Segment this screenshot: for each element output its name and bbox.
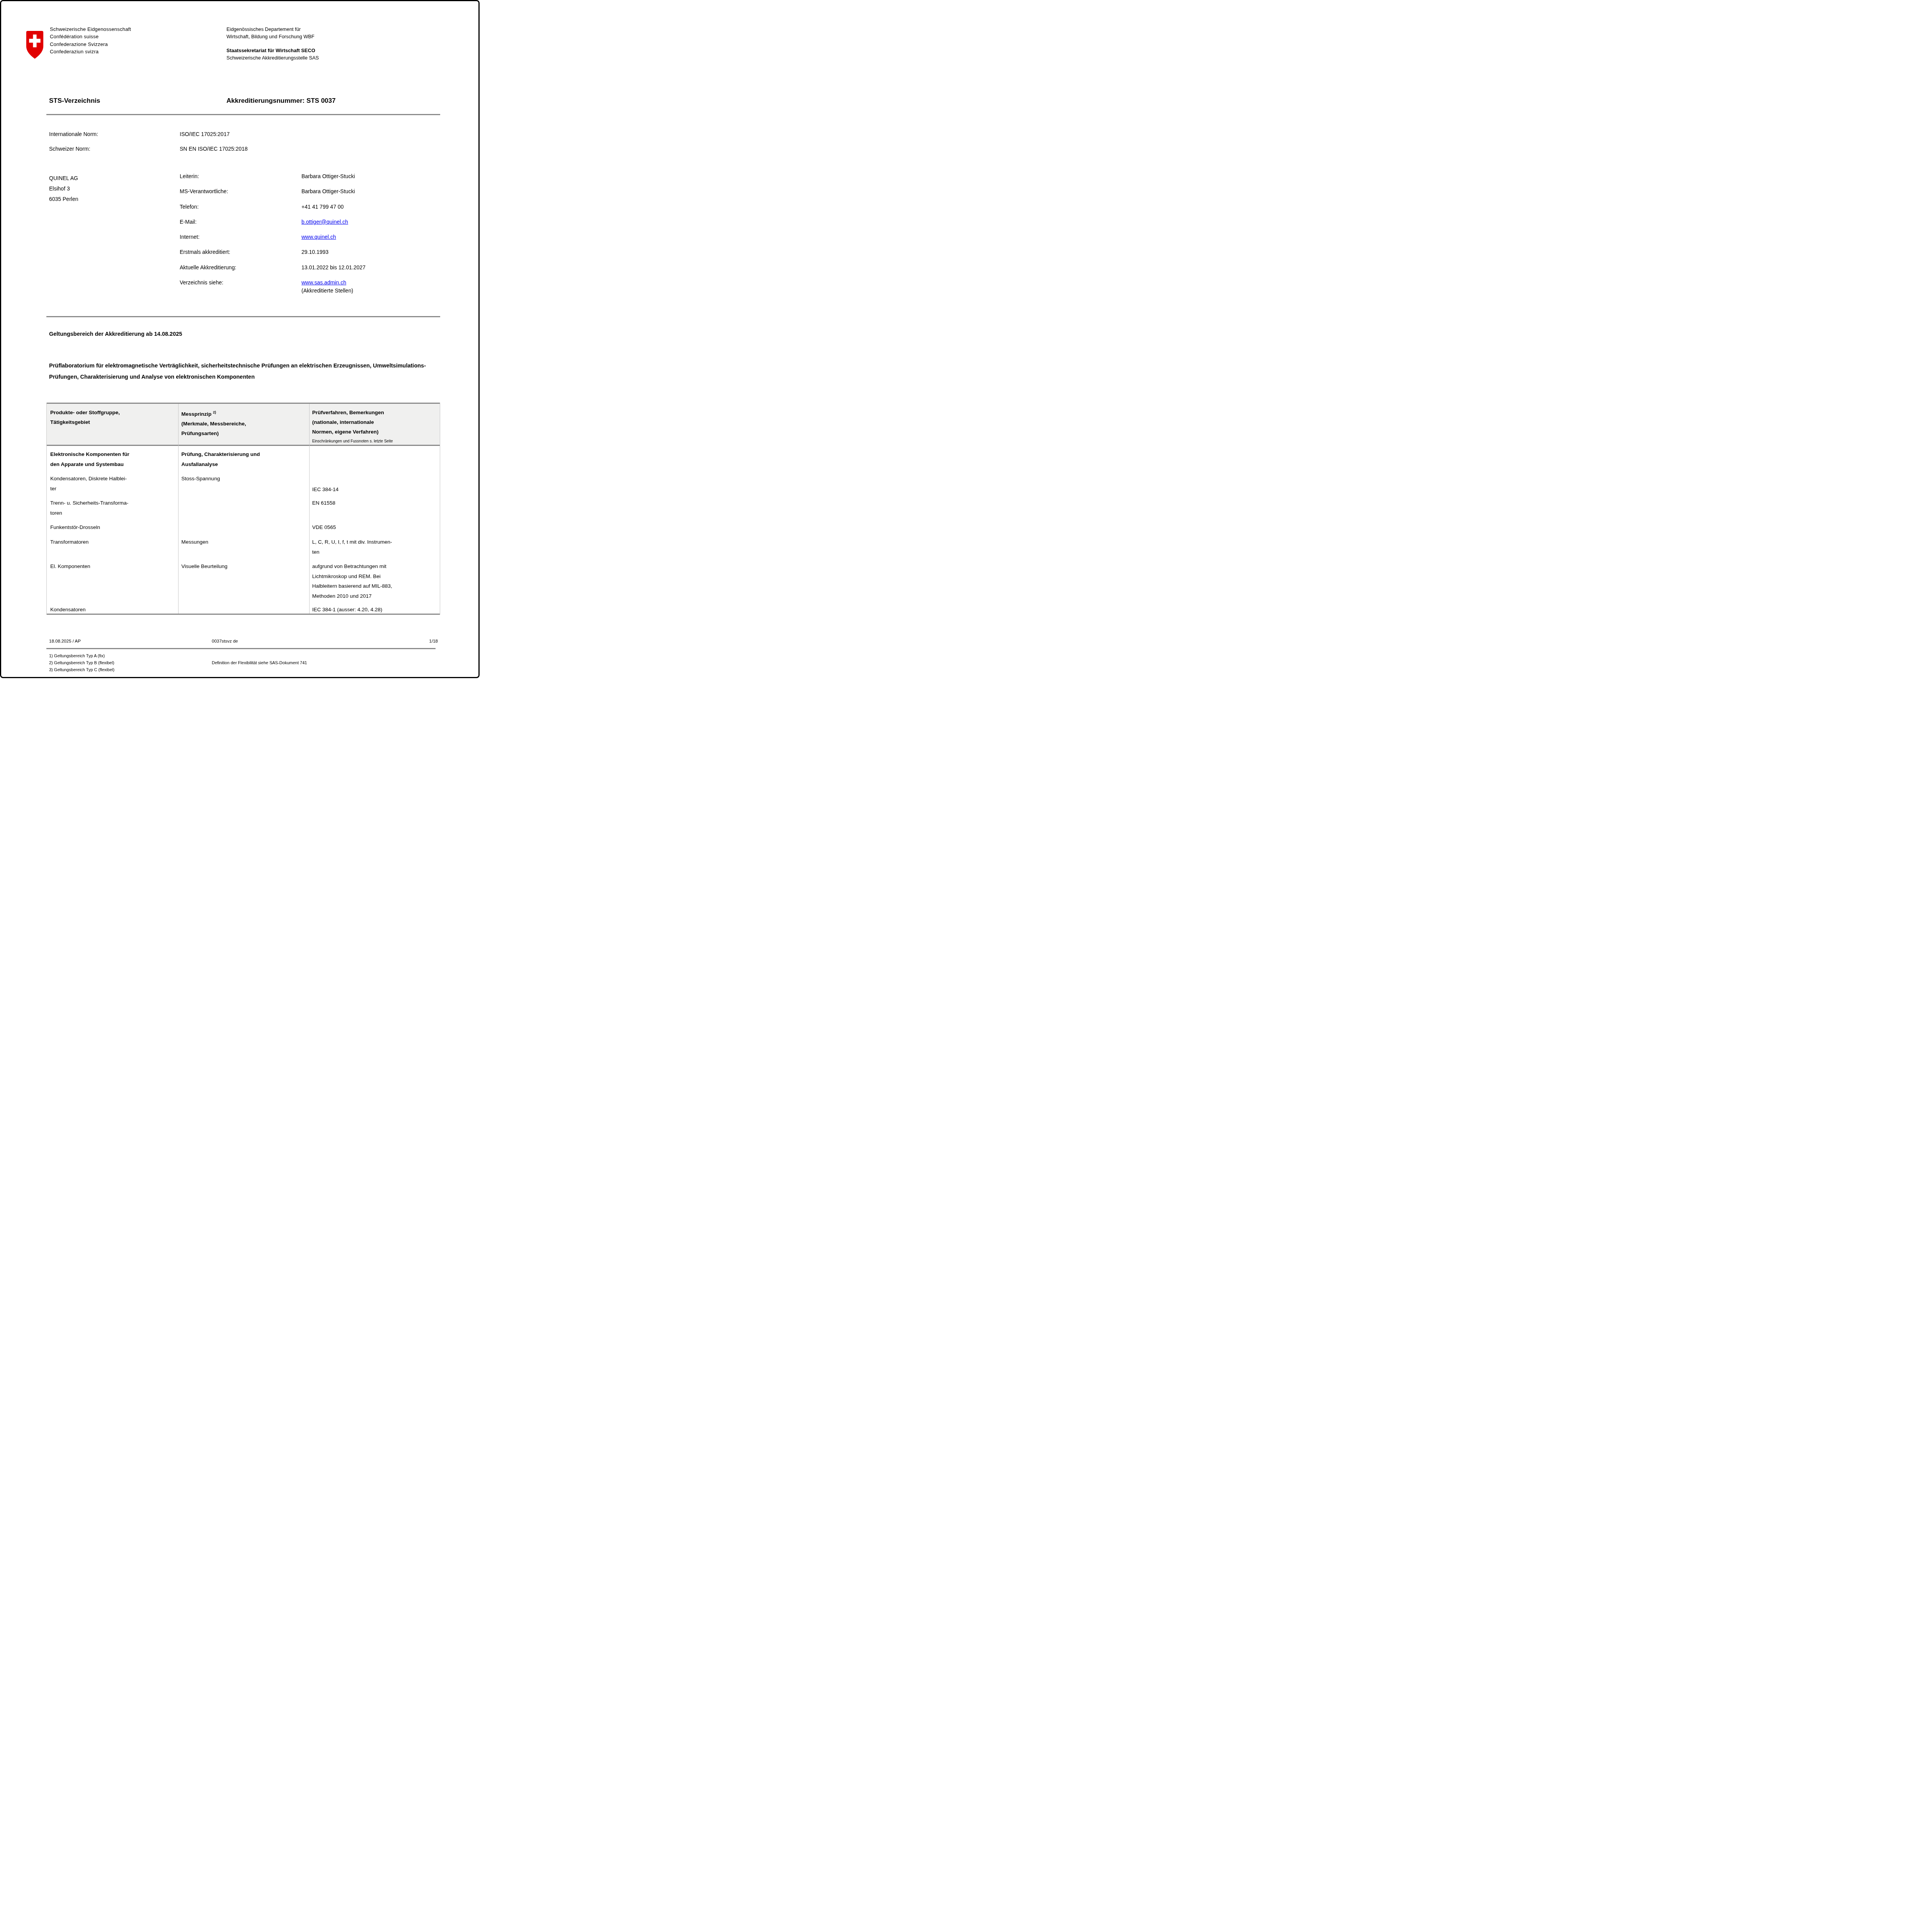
- contact-label: Internet:: [180, 234, 301, 240]
- contact-value: Barbara Ottiger-Stucki: [301, 188, 355, 194]
- table-cell-c2: Prüfung, Charakterisierung und Ausfallan…: [178, 449, 308, 474]
- footer-date-author: 18.08.2025 / AP: [49, 639, 81, 644]
- footer-document-id: 0037stsvz de: [212, 639, 238, 644]
- norms-list: Internationale Norm:ISO/IEC 17025:2017Sc…: [49, 131, 248, 160]
- table-column-divider: [178, 404, 179, 614]
- contact-row: Telefon:+41 41 799 47 00: [180, 204, 366, 219]
- contact-value-text: Barbara Ottiger-Stucki: [301, 173, 355, 179]
- accreditation-number: Akkreditierungsnummer: STS 0037: [226, 97, 335, 105]
- table-row: Elektronische Komponenten für den Appara…: [47, 449, 440, 474]
- table-header-row: Produkte- oder Stoffgruppe, Tätigkeitsge…: [47, 404, 440, 445]
- contact-value: www.quinel.ch: [301, 234, 336, 240]
- table-cell-c2: [178, 498, 308, 522]
- table-header-measurement: Messprinzip 2) (Merkmale, Messbereiche, …: [178, 404, 308, 445]
- contact-row: MS-Verantwortliche:Barbara Ottiger-Stuck…: [180, 188, 366, 203]
- table-header-text: Prüfverfahren, Bemerkungen (nationale, i…: [312, 408, 437, 437]
- table-header-text: Produkte- oder Stoffgruppe, Tätigkeitsge…: [50, 408, 175, 427]
- logo-wordmark-line: Confédération suisse: [50, 33, 131, 40]
- logo-wordmark-line: Schweizerische Eidgenossenschaft: [50, 26, 131, 33]
- accreditation-table: Produkte- oder Stoffgruppe, Tätigkeitsge…: [46, 403, 440, 615]
- swiss-confederation-logo-icon: [26, 31, 44, 59]
- contact-label: Verzeichnis siehe:: [180, 279, 301, 286]
- table-cell-c3: IEC 384-14: [309, 474, 440, 498]
- divider: [46, 316, 440, 317]
- table-cell-c3: [309, 449, 440, 474]
- table-column-divider: [309, 404, 310, 614]
- norm-value: SN EN ISO/IEC 17025:2018: [180, 146, 248, 152]
- contact-row: E-Mail:b.ottiger@quinel.ch: [180, 219, 366, 234]
- table-cell-c1: Kondensatoren, Diskrete Halblei- ter: [47, 474, 178, 498]
- table-cell-c2: Messungen: [178, 537, 308, 561]
- table-cell-c2: [178, 522, 308, 537]
- table-row: Kondensatoren, Diskrete Halblei- terStos…: [47, 474, 440, 498]
- divider: [46, 114, 440, 115]
- table-cell-c1: Transformatoren: [47, 537, 178, 561]
- contact-row: Verzeichnis siehe:www.sas.admin.ch(Akkre…: [180, 279, 366, 294]
- contact-row: Erstmals akkreditiert:29.10.1993: [180, 249, 366, 264]
- footer-divider: [46, 648, 436, 649]
- norm-row: Schweizer Norm:SN EN ISO/IEC 17025:2018: [49, 146, 248, 160]
- scope-paragraph: Prüflaboratorium für elektromagnetische …: [49, 361, 440, 383]
- contact-label: Erstmals akkreditiert:: [180, 249, 301, 255]
- contact-label: Aktuelle Akkreditierung:: [180, 264, 301, 270]
- contact-value: b.ottiger@quinel.ch: [301, 219, 348, 225]
- contact-label: MS-Verantwortliche:: [180, 188, 301, 194]
- table-border-bottom: [47, 614, 440, 615]
- table-row: TransformatorenMessungenL, C, R, U, I, f…: [47, 537, 440, 561]
- logo-wordmark-line: Confederaziun svizra: [50, 48, 131, 55]
- table-header-subtext: (Merkmale, Messbereiche, Prüfungsarten): [181, 419, 305, 438]
- table-row: Trenn- u. Sicherheits-Transforma- torenE…: [47, 498, 440, 522]
- footnote-ref: 2): [213, 410, 216, 414]
- table-cell-c1: Elektronische Komponenten für den Appara…: [47, 449, 178, 474]
- norm-label: Schweizer Norm:: [49, 146, 180, 152]
- scope-heading: Geltungsbereich der Akkreditierung ab 14…: [49, 331, 182, 337]
- contact-row: Leiterin:Barbara Ottiger-Stucki: [180, 173, 366, 188]
- footnote-type-b: 2) Geltungsbereich Typ B (flexibel): [49, 661, 114, 665]
- logo-wordmark: Schweizerische Eidgenossenschaft Confédé…: [50, 26, 131, 55]
- contact-value-suffix: (Akkreditierte Stellen): [301, 287, 353, 294]
- contact-label: E-Mail:: [180, 219, 301, 225]
- contact-value: +41 41 799 47 00: [301, 204, 344, 210]
- contact-link[interactable]: www.sas.admin.ch: [301, 279, 346, 286]
- footer-page-number: 1/18: [429, 639, 438, 644]
- table-row: El. KomponentenVisuelle Beurteilungaufgr…: [47, 561, 440, 605]
- contact-value: www.sas.admin.ch(Akkreditierte Stellen): [301, 279, 353, 294]
- department-line: Wirtschaft, Bildung und Forschung WBF: [226, 33, 319, 40]
- footnote-type-c: 3) Geltungsbereich Typ C (flexibel): [49, 668, 114, 672]
- contact-value-text: 29.10.1993: [301, 249, 328, 255]
- sas-line: Schweizerische Akkreditierungsstelle SAS: [226, 54, 319, 61]
- table-header-note: Einschränkungen und Fussnoten s. letzte …: [312, 439, 437, 444]
- contact-value-text: +41 41 799 47 00: [301, 204, 344, 210]
- table-header-products: Produkte- oder Stoffgruppe, Tätigkeitsge…: [47, 404, 178, 445]
- address-block: QUINEL AG Elsihof 3 6035 Perlen: [49, 173, 78, 204]
- table-cell-c2: Visuelle Beurteilung: [178, 561, 308, 605]
- norm-label: Internationale Norm:: [49, 131, 180, 137]
- contact-link[interactable]: b.ottiger@quinel.ch: [301, 219, 348, 225]
- department-block: Eidgenössisches Departement für Wirtscha…: [226, 26, 319, 61]
- contact-value: 29.10.1993: [301, 249, 328, 255]
- table-cell-c1: Funkentstör-Drosseln: [47, 522, 178, 537]
- contact-row: Internet:www.quinel.ch: [180, 234, 366, 249]
- contact-block: Leiterin:Barbara Ottiger-StuckiMS-Verant…: [180, 173, 366, 294]
- table-cell-c3: aufgrund von Betrachtungen mit Lichtmikr…: [309, 561, 440, 605]
- contact-label: Telefon:: [180, 204, 301, 210]
- table-cell-c1: El. Komponenten: [47, 561, 178, 605]
- table-header-methods: Prüfverfahren, Bemerkungen (nationale, i…: [309, 404, 440, 445]
- flexibility-definition-note: Definition der Flexibilität siehe SAS-Do…: [212, 661, 307, 665]
- table-cell-c3: L, C, R, U, I, f, t mit div. Instrumen- …: [309, 537, 440, 561]
- table-cell-c1: Trenn- u. Sicherheits-Transforma- toren: [47, 498, 178, 522]
- table-body: Elektronische Komponenten für den Appara…: [47, 446, 440, 616]
- contact-link[interactable]: www.quinel.ch: [301, 234, 336, 240]
- table-row: Funkentstör-DrosselnVDE 0565: [47, 522, 440, 537]
- contact-label: Leiterin:: [180, 173, 301, 179]
- norm-row: Internationale Norm:ISO/IEC 17025:2017: [49, 131, 248, 146]
- document-page: Schweizerische Eidgenossenschaft Confédé…: [0, 0, 480, 678]
- logo-wordmark-line: Confederazione Svizzera: [50, 41, 131, 48]
- norm-value: ISO/IEC 17025:2017: [180, 131, 230, 137]
- contact-value-text: 13.01.2022 bis 12.01.2027: [301, 264, 366, 270]
- contact-value: Barbara Ottiger-Stucki: [301, 173, 355, 179]
- table-header-text: Messprinzip: [181, 411, 213, 417]
- contact-row: Aktuelle Akkreditierung:13.01.2022 bis 1…: [180, 264, 366, 279]
- table-cell-c2: Stoss-Spannung: [178, 474, 308, 498]
- footnote-type-a: 1) Geltungsbereich Typ A (fix): [49, 654, 105, 658]
- seco-line: Staatssekretariat für Wirtschaft SECO: [226, 47, 319, 54]
- page-title: STS-Verzeichnis: [49, 97, 100, 105]
- contact-value-text: Barbara Ottiger-Stucki: [301, 188, 355, 194]
- table-cell-c3: EN 61558: [309, 498, 440, 522]
- contact-value: 13.01.2022 bis 12.01.2027: [301, 264, 366, 270]
- department-line: Eidgenössisches Departement für: [226, 26, 319, 33]
- table-cell-c3: VDE 0565: [309, 522, 440, 537]
